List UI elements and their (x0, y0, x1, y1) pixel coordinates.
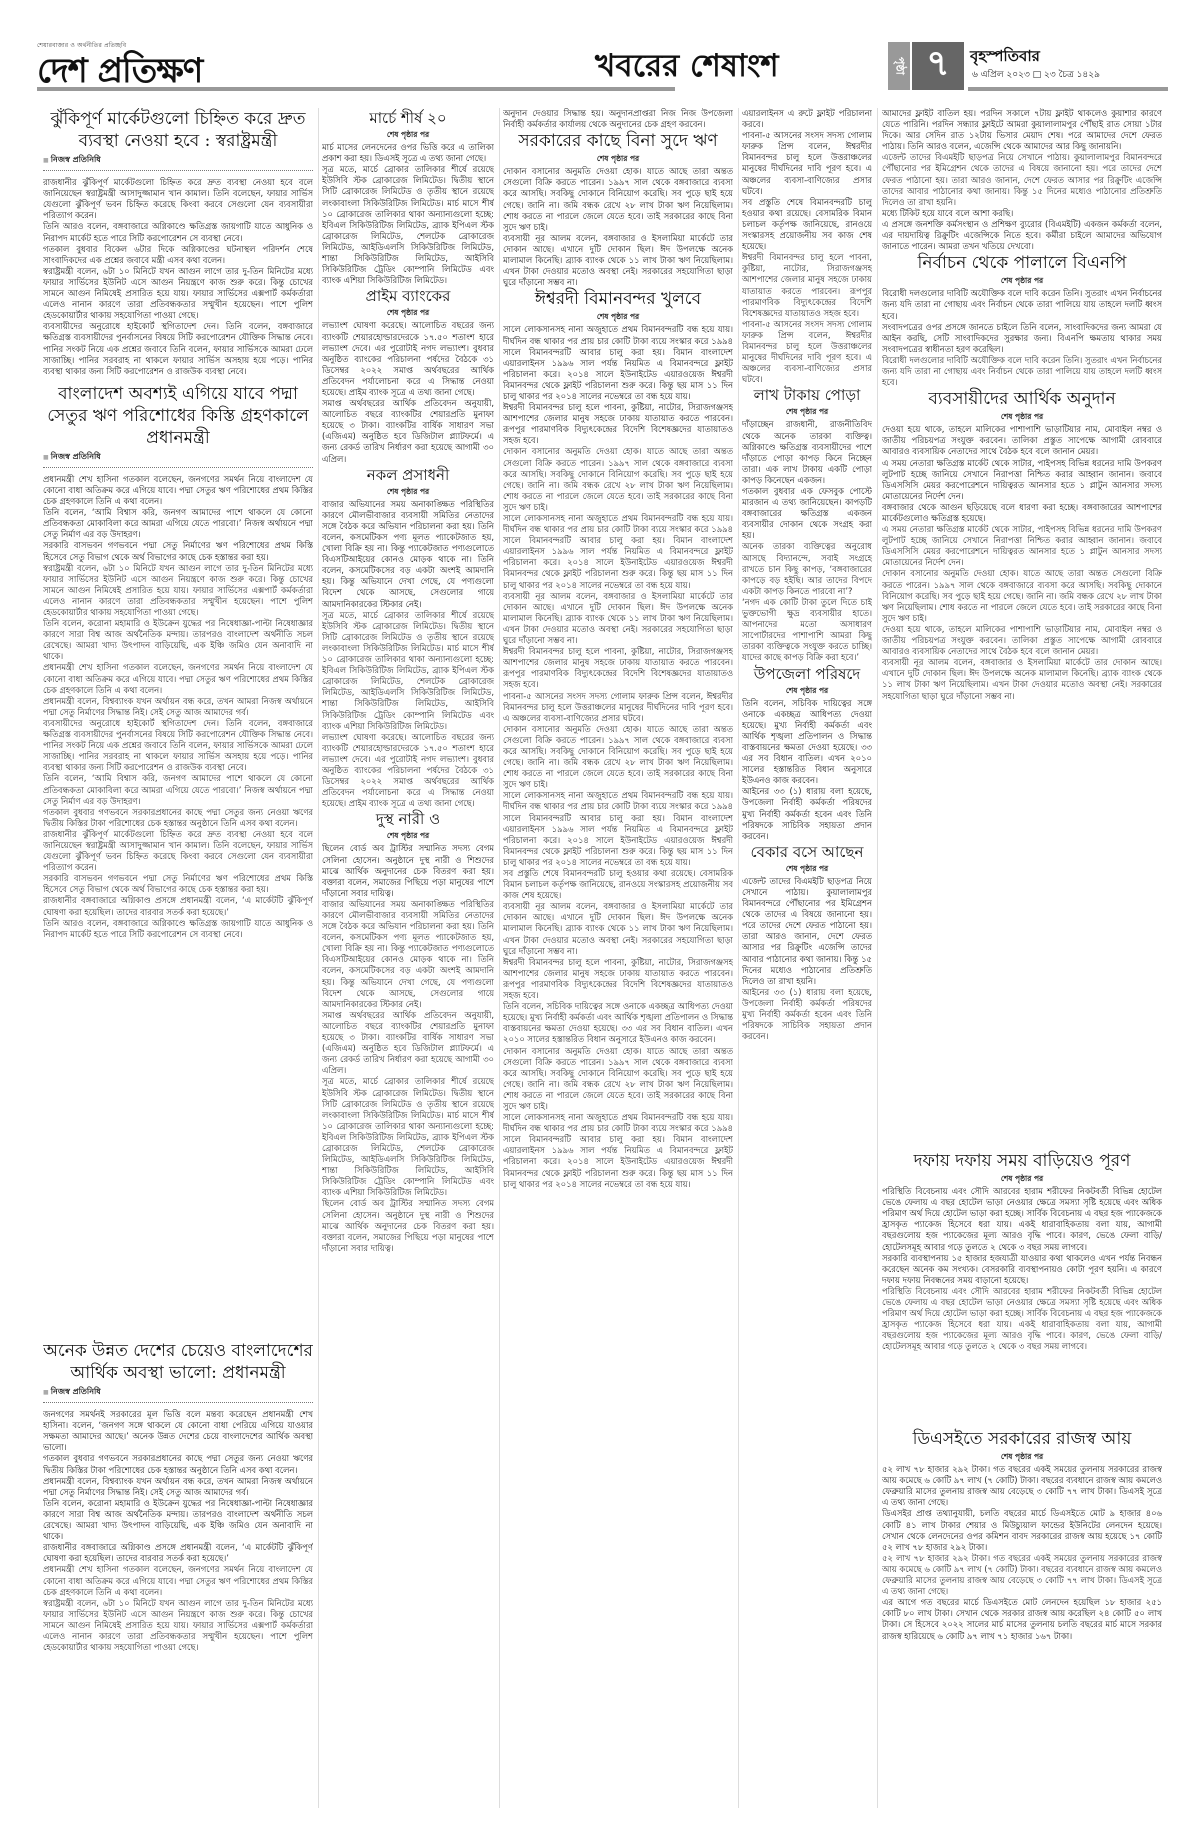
divider (43, 467, 313, 468)
continued-label: শেষ পৃষ্ঠার পর (322, 129, 494, 140)
article-fake-cosmetics: নকল প্রসাধনী শেষ পৃষ্ঠার পর বাজার অভিযান… (322, 465, 494, 810)
paragraph: দোকান বসানোর অনুমতি দেওয়া হোক। যাতে আছে… (882, 568, 1162, 623)
paragraph: লভ্যাংশ ঘোষণা করেছে। আলোচিত বছরের জন্য ব… (322, 320, 494, 398)
masthead-tagline: শেয়ারবাজার ও অর্থনীতির প্রতিচ্ছবি (37, 40, 202, 51)
paragraph: সব প্রস্তুতি শেষে বিমানবন্দরটি চালু হওয়… (742, 197, 872, 252)
paragraph: সরকারি বাসভবন গণভবনে পদ্মা সেতু নির্মাণে… (43, 873, 313, 895)
continued-label: শেষ পৃষ্ঠার পর (742, 685, 872, 696)
masthead-rule (299, 87, 675, 91)
headline[interactable]: ডিএসইতে সরকারের রাজস্ব আয় (882, 1428, 1162, 1450)
paragraph: তিনি বলেন, ‘আমি বিশ্বাস করি, জনগণ আমাদের… (43, 507, 313, 540)
column-2: মার্চে শীর্ষ ২০ শেষ পৃষ্ঠার পর মার্চ মাস… (322, 108, 494, 1808)
paragraph: তিনি বলেন, করোনা মহামারি ও ইউক্রেন যুদ্ধ… (43, 618, 313, 662)
paragraph: এয়ারলাইনস এ রুটে ফ্লাইট পরিচালনা করবে। (742, 108, 872, 130)
paragraph: সালে লোকসানসহ নানা অজুহাতে প্রথম বিমানবন… (503, 513, 733, 591)
paragraph: বিরোধী দলগুলোর দাবিটি অযৌক্তিক বলে দাবি … (882, 355, 1162, 388)
newspaper-title: দেশ প্রতিক্ষণ (37, 51, 202, 91)
paragraph: সূত্র মতে, মার্চে ব্রোকার তালিকার শীর্ষে… (322, 1076, 494, 1198)
continued-label: শেষ পৃষ্ঠার পর (882, 275, 1162, 286)
article-dse-revenue: ডিএসইতে সরকারের রাজস্ব আয় শেষ পৃষ্ঠার প… (882, 1428, 1162, 1808)
paragraph: তিনি বলেন, সচিবিক দায়িত্বের সঙ্গে ওনাকে… (742, 698, 872, 787)
headline[interactable]: ঝুঁকিপূর্ণ মার্কেটগুলো চিহ্নিত করে দ্রুত… (43, 108, 313, 152)
paragraph: আইনের ৩৩ (১) ধারায় বলা হয়েছে, উপজেলা ন… (742, 987, 872, 1042)
paragraph: তিনি বলেন, করোনা মহামারি ও ইউক্রেন যুদ্ধ… (43, 1498, 313, 1542)
paragraph: প্রধানমন্ত্রী শেখ হাসিনা গতকাল বলেছেন, জ… (43, 662, 313, 695)
paragraph: ৫২ লাখ ৭৮ হাজার ২৯২ টাকা। গত বছরের একই স… (882, 1553, 1162, 1597)
paragraph: দোকান বসানোর অনুমতি দেওয়া হোক। যাতে আছে… (503, 446, 733, 513)
paragraph: গতকাল বুধবার বিকেল ৬টার দিকে অগ্নিকাণ্ডে… (43, 244, 313, 266)
headline[interactable]: অনেক উন্নত দেশের চেয়েও বাংলাদেশের আর্থি… (43, 1340, 313, 1384)
continued-label: শেষ পৃষ্ঠার পর (322, 307, 494, 318)
paragraph: ব্যবসায়ী নূর আলম বলেন, বঙ্গবাজার ও ইসলা… (503, 901, 733, 956)
paragraph: জনগণের সমর্থনই সরকারের মূল ভিত্তি বলে মন… (43, 1409, 313, 1453)
article-market-risk: ঝুঁকিপূর্ণ মার্কেটগুলো চিহ্নিত করে দ্রুত… (43, 108, 313, 377)
paragraph: ব্যবসায়ীদের অনুরোধে হাইকোর্ট স্থগিতাদেশ… (43, 718, 313, 773)
paragraph: গতকাল বুধবার এক ফেসবুক পোস্টে মারজান এ ত… (742, 486, 872, 541)
publication-date: ৬ এপ্রিল ২০২৩ □ ২৩ চৈত্র ১৪২৯ (972, 67, 1100, 82)
paragraph: স্বরাষ্ট্রমন্ত্রী বলেন, ৬টা ১০ মিনিটে যখ… (43, 1598, 313, 1653)
paragraph: রাজধানীর বঙ্গবাজারে অগ্নিকাণ্ড প্রসঙ্গে … (43, 1542, 313, 1564)
paragraph: পরিস্থিতি বিবেচনায় এবং সৌদি আরবের হারাম… (882, 1286, 1162, 1353)
paragraph: এ প্রসঙ্গে জনশক্তি কর্মসংস্থান ও প্রশিক্… (882, 219, 1162, 252)
paragraph: পাবনা-৫ আসনের সংসদ সদস্য গোলাম ফারুক প্র… (742, 319, 872, 386)
article-business-grant: ব্যবসায়ীদের আর্থিক অনুদান শেষ পৃষ্ঠার প… (882, 388, 1162, 701)
paragraph: বাজার অভিযানের সময় অনাকাঙ্ক্ষিত পরিস্থি… (322, 899, 494, 1010)
paragraph: এজেন্ট তাদের বিএমইটি ছাড়পত্র নিয়ে সেখা… (882, 152, 1162, 207)
headline[interactable]: বাংলাদেশ অবশ্যই এগিয়ে যাবে পদ্মা সেতুর … (43, 383, 313, 449)
article-ishwardi-airport: ঈশ্বরদী বিমানবন্দর খুলবে শেষ পৃষ্ঠার পর … (503, 288, 733, 1189)
paragraph: তিনি বলেন, ‘আমি বিশ্বাস করি, জনগণ আমাদের… (43, 773, 313, 806)
paragraph: ৫২ লাখ ৭৮ হাজার ২৯২ টাকা। গত বছরের একই স… (882, 1464, 1162, 1508)
article-prime-bank: প্রাইম ব্যাংকের শেষ পৃষ্ঠার পর লভ্যাংশ ঘ… (322, 286, 494, 464)
paragraph: সূত্র মতে, মার্চে ব্রোকার তালিকার শীর্ষে… (322, 610, 494, 732)
paragraph: ছিলেন বোর্ড অব ট্রাস্টির সম্মানিত সদস্য … (322, 843, 494, 898)
paragraph: সরকারি বাসভবন গণভবনে পদ্মা সেতু নির্মাণে… (43, 540, 313, 562)
paragraph: দোকান বসানোর অনুমতি দেওয়া হোক। যাতে আছে… (503, 1046, 733, 1113)
divider (43, 170, 313, 171)
paragraph: অনেক তারকা ব্যক্তিত্বের অনুরোধ আসছে বিদ্… (742, 541, 872, 596)
paragraph: ঈশ্বরদী বিমানবন্দর চালু হলে পাবনা, কুষ্ট… (503, 402, 733, 446)
paragraph: লভ্যাংশ ঘোষণা করেছে। আলোচিত বছরের জন্য ব… (322, 732, 494, 810)
paragraph: ঈশ্বরদী বিমানবন্দর চালু হলে পাবনা, কুষ্ট… (742, 252, 872, 319)
paragraph: আমাদের ফ্লাইট বাতিল হয়। পরদিন সকালে ৭টা… (882, 108, 1162, 152)
headline[interactable]: সরকারের কাছে বিনা সুদে ঋণ (503, 130, 733, 152)
article-women-children: দুস্থ নারী ও শেষ পৃষ্ঠার পর ছিলেন বোর্ড … (322, 809, 494, 1254)
newspaper-page: শেয়ারবাজার ও অর্থনীতির প্রতিচ্ছবি দেশ প… (0, 0, 1200, 1843)
paragraph: স্বরাষ্ট্রমন্ত্রী বলেন, ৬টা ১০ মিনিটে যখ… (43, 266, 313, 321)
paragraph: এ সময় নেতারা ক্ষতিগ্রস্ত মার্কেট থেকে স… (882, 524, 1162, 568)
paragraph: অনুদান দেওয়ার সিদ্ধান্ত হয়। অনুদানপ্রা… (503, 108, 733, 130)
continued-label: শেষ পৃষ্ঠার পর (742, 406, 872, 417)
continued-label: শেষ পৃষ্ঠার পর (882, 1173, 1162, 1184)
paragraph: মার্চ মাসের লেনদেনের ওপর ভিত্তি করে এ তা… (322, 142, 494, 164)
paragraph: গতকাল বুধবার গণভবনে সরকারপ্রধানের কাছে প… (43, 807, 313, 829)
article-upazila: উপজেলা পরিষদে শেষ পৃষ্ঠার পর তিনি বলেন, … (742, 664, 872, 842)
paragraph: সালে লোকসানসহ নানা অজুহাতে প্রথম বিমানবন… (503, 1112, 733, 1190)
continued-label: শেষ পৃষ্ঠার পর (882, 1451, 1162, 1462)
paragraph: সব প্রস্তুতি শেষে বিমানবন্দরটি চালু হওয়… (503, 868, 733, 901)
article-flight-cancel: আমাদের ফ্লাইট বাতিল হয়। পরদিন সকালে ৭টা… (882, 108, 1162, 252)
divider (43, 1402, 313, 1403)
paragraph: ঈশ্বরদী বিমানবন্দর চালু হলে পাবনা, কুষ্ট… (503, 957, 733, 1001)
section-title: খবরের শেষাংশ (595, 48, 779, 84)
paragraph: সমাপ্ত অর্থবছরের আর্থিক প্রতিবেদন অনুযায… (322, 398, 494, 465)
paragraph: তিনি আরও বলেন, বঙ্গবাজারে অগ্নিকাণ্ডে ক্… (43, 918, 313, 940)
article-govt-loan: অনুদান দেওয়ার সিদ্ধান্ত হয়। অনুদানপ্রা… (503, 108, 733, 288)
continued-label: শেষ পৃষ্ঠার পর (503, 311, 733, 322)
article-lakh-taka: লাখ টাকায় পোড়া শেষ পৃষ্ঠার পর দাঁড়াচ্… (742, 385, 872, 663)
paragraph: তিনি বলেন, সচিবিক দায়িত্বের সঙ্গে ওনাকে… (503, 1001, 733, 1045)
byline: নিজস্ব প্রতিনিধি (43, 451, 313, 463)
paragraph: রাজধানীর ঝুঁকিপূর্ণ মার্কেটগুলো চিহ্নিত … (43, 829, 313, 873)
paragraph: মধ্যে টিকিট হয়ে যাবে বলে আশা করছি। (882, 208, 1162, 219)
paragraph: প্রধানমন্ত্রী শেখ হাসিনা গতকাল বলেছেন, জ… (43, 1564, 313, 1597)
paragraph: গতকাল বুধবার গণভবনে সরকারপ্রধানের কাছে প… (43, 1453, 313, 1475)
paragraph: ব্যবসায়ী নূর আলম বলেন, বঙ্গবাজার ও ইসলা… (503, 233, 733, 288)
headline[interactable]: প্রাইম ব্যাংকের (322, 286, 494, 306)
paragraph: দোকান বসানোর অনুমতি দেওয়া হোক। যাতে আছে… (503, 166, 733, 233)
headline[interactable]: মার্চে শীর্ষ ২০ (322, 108, 494, 128)
column-divider (318, 108, 319, 1808)
headline[interactable]: নকল প্রসাধনী (322, 465, 494, 485)
paragraph: সমাপ্ত অর্থবছরের আর্থিক প্রতিবেদন অনুযায… (322, 1010, 494, 1077)
byline: নিজস্ব প্রতিনিধি (43, 1386, 313, 1398)
article-hajj-package: দফায় দফায় সময় বাড়িয়েও পূরণ শেষ পৃষ্… (882, 1150, 1162, 1440)
paragraph: ডিএসইর প্রাপ্ত তথ্যানুযায়ী, চলতি বছরের … (882, 1508, 1162, 1552)
continued-label: শেষ পৃষ্ঠার পর (322, 830, 494, 841)
page-label: পৃষ্ঠা (888, 42, 910, 90)
paragraph: দোকান বসানোর অনুমতি দেওয়া হোক। যাতে আছে… (503, 724, 733, 791)
masthead-logo[interactable]: শেয়ারবাজার ও অর্থনীতির প্রতিচ্ছবি দেশ প… (37, 40, 202, 91)
article-march-top: মার্চে শীর্ষ ২০ শেষ পৃষ্ঠার পর মার্চ মাস… (322, 108, 494, 286)
paragraph: বঙ্গবাজার থেকে আগুন ছড়িয়েছে বলে ধারণা … (882, 502, 1162, 524)
byline: নিজস্ব প্রতিনিধি (43, 154, 313, 166)
paragraph: পরিস্থিতি বিবেচনায় এবং সৌদি আরবের হারাম… (882, 1186, 1162, 1253)
masthead-rule (37, 87, 299, 91)
page-number: ৭ (912, 42, 964, 90)
paragraph: ‘নগদ এক কোটি টাকা তুলে দিতে চাই ভুক্তভোগ… (742, 597, 872, 664)
headline[interactable]: বেকার বসে আছেন (742, 842, 872, 862)
paragraph: সালে লোকসানসহ নানা অজুহাতে প্রথম বিমানবন… (503, 324, 733, 402)
headline[interactable]: দুস্থ নারী ও (322, 809, 494, 829)
paragraph: প্রধানমন্ত্রী বলেন, বিশ্বব্যাংক যখন অর্থ… (43, 1476, 313, 1498)
headline[interactable]: দফায় দফায় সময় বাড়িয়েও পূরণ (882, 1150, 1162, 1172)
continued-label: শেষ পৃষ্ঠার পর (503, 153, 733, 164)
paragraph: প্রধানমন্ত্রী বলেন, বিশ্বব্যাংক যখন অর্থ… (43, 696, 313, 718)
article-bnp-election: নির্বাচন থেকে পালালে বিএনপি শেষ পৃষ্ঠার … (882, 252, 1162, 388)
paragraph: সরকারি ব্যবস্থাপনায় ১৫ হাজার হজযাত্রী য… (882, 1253, 1162, 1286)
paragraph: দেওয়া হয়ে থাকে, তাহলে মালিকের পাশাপাশি… (882, 624, 1162, 657)
article-economy: অনেক উন্নত দেশের চেয়েও বাংলাদেশের আর্থি… (43, 1340, 313, 1810)
headline[interactable]: ঈশ্বরদী বিমানবন্দর খুলবে (503, 288, 733, 310)
headline[interactable]: ব্যবসায়ীদের আর্থিক অনুদান (882, 388, 1162, 410)
column-divider (877, 108, 878, 1808)
paragraph: পাবনা-৫ আসনের সংসদ সদস্য গোলাম ফারুক প্র… (503, 691, 733, 724)
headline[interactable]: লাখ টাকায় পোড়া (742, 385, 872, 405)
article-unemployed: বেকার বসে আছেন শেষ পৃষ্ঠার পর এজেন্ট তাদ… (742, 842, 872, 1043)
headline[interactable]: উপজেলা পরিষদে (742, 664, 872, 684)
paragraph: সংবাদপত্রের ওপর প্রসঙ্গে জানতে চাইলে তিন… (882, 322, 1162, 355)
paragraph: ঈশ্বরদী বিমানবন্দর চালু হলে পাবনা, কুষ্ট… (503, 646, 733, 690)
column-4: এয়ারলাইনস এ রুটে ফ্লাইট পরিচালনা করবে। … (742, 108, 872, 1808)
paragraph: ব্যবসায়ী নূর আলম বলেন, বঙ্গবাজার ও ইসলা… (503, 591, 733, 646)
paragraph: স্বরাষ্ট্রমন্ত্রী বলেন, ৬টা ১০ মিনিটে যখ… (43, 563, 313, 618)
headline[interactable]: নির্বাচন থেকে পালালে বিএনপি (882, 252, 1162, 274)
paragraph: পাবনা-৫ আসনের সংসদ সদস্য গোলাম ফারুক প্র… (742, 130, 872, 197)
paragraph: বিরোধী দলগুলোর দাবিটি অযৌক্তিক বলে দাবি … (882, 288, 1162, 321)
paragraph: এর আগে গত বছরের মার্চে ডিএসইতে মোট লেনদে… (882, 1597, 1162, 1641)
column-divider (499, 108, 500, 1808)
article-padma-bridge: বাংলাদেশ অবশ্যই এগিয়ে যাবে পদ্মা সেতুর … (43, 383, 313, 940)
paragraph: রাজধানীর বঙ্গবাজারে অগ্নিকাণ্ড প্রসঙ্গে … (43, 895, 313, 917)
paragraph: সালে লোকসানসহ নানা অজুহাতে প্রথম বিমানবন… (503, 790, 733, 868)
paragraph: প্রধানমন্ত্রী শেখ হাসিনা গতকাল বলেছেন, জ… (43, 474, 313, 507)
article-airlines: এয়ারলাইনস এ রুটে ফ্লাইট পরিচালনা করবে। … (742, 108, 872, 385)
paragraph: এ সময় নেতারা ক্ষতিগ্রস্ত মার্কেট থেকে স… (882, 458, 1162, 502)
paragraph: বাজার অভিযানের সময় অনাকাঙ্ক্ষিত পরিস্থি… (322, 499, 494, 610)
paragraph: সূত্র মতে, মার্চে ব্রোকার তালিকার শীর্ষে… (322, 164, 494, 286)
continued-label: শেষ পৃষ্ঠার পর (742, 863, 872, 874)
paragraph: ব্যবসায়ী নূর আলম বলেন, বঙ্গবাজার ও ইসলা… (882, 657, 1162, 701)
paragraph: দাঁড়াচ্ছেন রাজধানী, রাজনীতিবিদ থেকে অনে… (742, 419, 872, 486)
paragraph: এজেন্ট তাদের বিএমইটি ছাড়পত্র নিয়ে সেখা… (742, 876, 872, 987)
paragraph: তিনি আরও বলেন, বঙ্গবাজারে অগ্নিকাণ্ডে ক্… (43, 221, 313, 243)
masthead: শেয়ারবাজার ও অর্থনীতির প্রতিচ্ছবি দেশ প… (37, 40, 1167, 96)
paragraph: রাজধানীর ঝুঁকিপূর্ণ মার্কেটগুলো চিহ্নিত … (43, 177, 313, 221)
column-divider (738, 108, 739, 1808)
masthead-rule (968, 87, 1168, 91)
paragraph: ছিলেন বোর্ড অব ট্রাস্টির সম্মানিত সদস্য … (322, 1198, 494, 1253)
continued-label: শেষ পৃষ্ঠার পর (322, 486, 494, 497)
column-3: অনুদান দেওয়ার সিদ্ধান্ত হয়। অনুদানপ্রা… (503, 108, 733, 1808)
paragraph: ব্যবসায়ীদের অনুরোধে হাইকোর্ট স্থগিতাদেশ… (43, 321, 313, 376)
paragraph: দেওয়া হয়ে থাকে, তাহলে মালিকের পাশাপাশি… (882, 424, 1162, 457)
paragraph: আইনের ৩৩ (১) ধারায় বলা হয়েছে, উপজেলা ন… (742, 786, 872, 841)
continued-label: শেষ পৃষ্ঠার পর (882, 411, 1162, 422)
